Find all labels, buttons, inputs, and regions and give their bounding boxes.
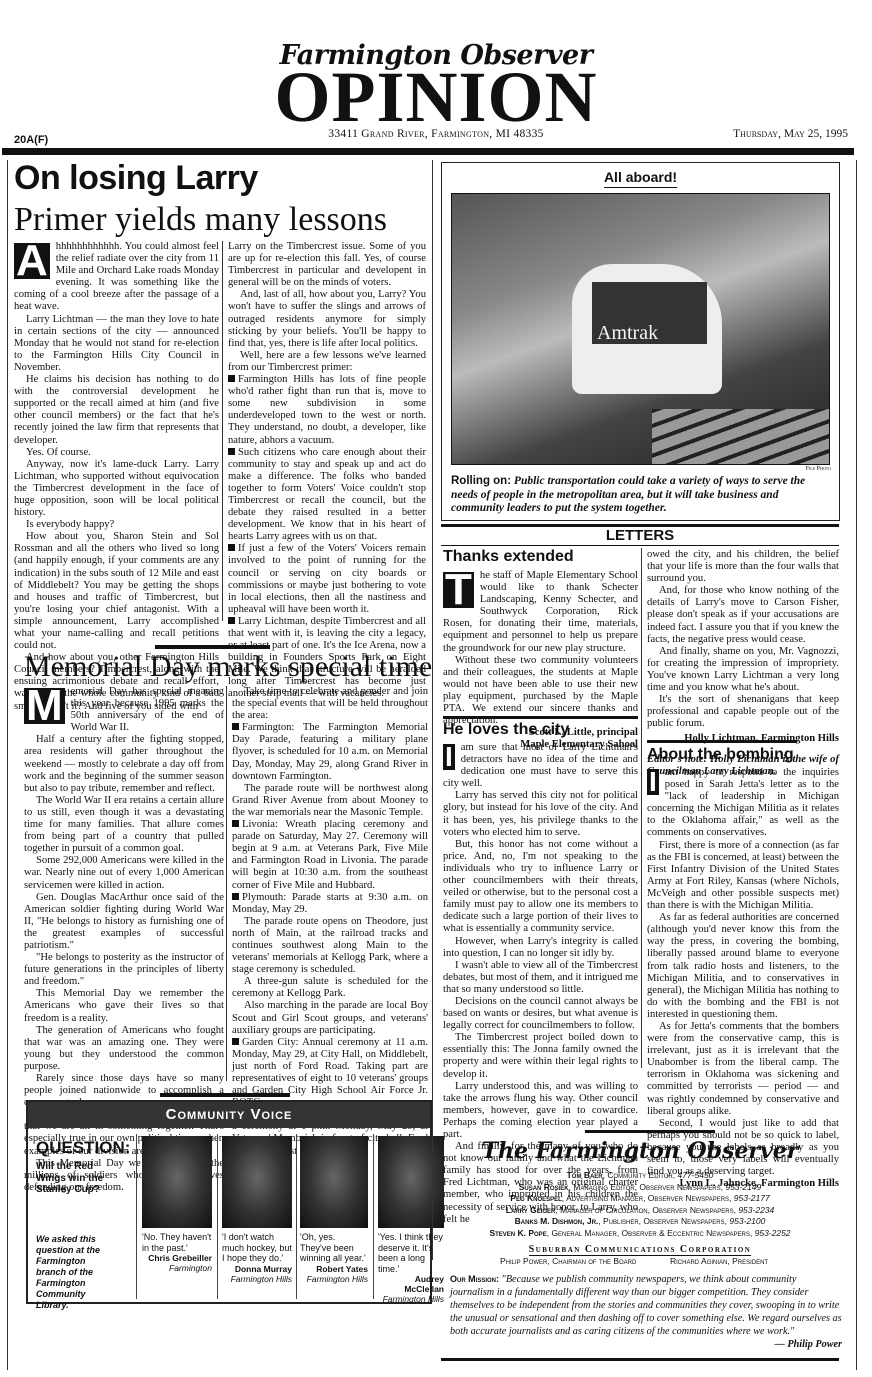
response-card: 'Oh, yes. They've been winning all year.… xyxy=(300,1136,368,1284)
letter-rule xyxy=(647,740,797,743)
photo-title-wrap: All aboard! xyxy=(442,169,839,187)
paragraph: Yes. Of course. xyxy=(14,447,219,459)
masthead-rule xyxy=(2,148,854,155)
bullet-icon xyxy=(232,893,239,900)
train-logo: Amtrak xyxy=(597,322,658,345)
divider xyxy=(296,1134,297,1299)
person-photo xyxy=(300,1136,368,1228)
mission-label: Our Mission: xyxy=(450,1274,499,1284)
response-quote: 'Yes. I think they deserve it. It's been… xyxy=(378,1232,444,1274)
paragraph: And, last of all, how about you, Larry? … xyxy=(228,289,426,349)
photo-title: All aboard! xyxy=(604,169,677,188)
response-town: Farmington Hills xyxy=(300,1274,368,1284)
paragraph: But, this honor has not come without a p… xyxy=(443,839,638,936)
dropcap: I xyxy=(443,744,455,770)
response-town: Farmington xyxy=(142,1263,212,1273)
paragraph: Take time to celebrate and ponder and jo… xyxy=(232,686,428,722)
paragraph: The World War II era retains a certain a… xyxy=(24,795,224,855)
paragraph: Some 292,000 Americans were killed in th… xyxy=(24,855,224,891)
staff-entry: Susan Rosiek, Managing Editor, Observer … xyxy=(441,1182,839,1194)
response-quote: 'I don't watch much hockey, but I hope t… xyxy=(222,1232,292,1264)
paragraph: As for Jetta's comments that the bombers… xyxy=(647,1021,839,1118)
train-photo: Amtrak xyxy=(451,193,830,465)
divider xyxy=(373,1134,374,1299)
paragraph: The parade route opens on Theodore, just… xyxy=(232,916,428,976)
editorial-column-1: A hhhhhhhhhhhh. You could almost feel th… xyxy=(14,241,219,713)
paragraph: I wasn't able to view all of the Timberc… xyxy=(443,960,638,996)
question-text: Will the Red Wings win the Stanley Cup? xyxy=(36,1161,116,1196)
left-margin-rule xyxy=(7,160,8,1370)
letter-rule xyxy=(443,716,638,719)
person-photo xyxy=(222,1136,292,1228)
photo-feature-box: All aboard! Amtrak File Photo Rolling on… xyxy=(441,162,840,521)
letter-headline: Thanks extended xyxy=(443,548,633,566)
staff-list: Tom Baer, Community Editor, 477-5450 Sus… xyxy=(441,1170,839,1239)
paragraph: This Memorial Day we remember the Americ… xyxy=(24,988,224,1024)
section-rule xyxy=(160,1093,290,1097)
memorial-headline: Memorial Day marks special time xyxy=(24,650,434,684)
paragraph: The Timbercrest project boiled down to e… xyxy=(443,1032,638,1080)
train-tracks xyxy=(652,409,830,465)
column-rule xyxy=(432,160,433,1260)
paragraph: "He belongs to posterity as the instruct… xyxy=(24,952,224,988)
corporation-name: Suburban Communications Corporation xyxy=(441,1244,839,1255)
paragraph: Larry on the Timbercrest issue. Some of … xyxy=(228,241,426,289)
paragraph: He claims his decision has nothing to do… xyxy=(14,374,219,447)
bullet-icon xyxy=(228,617,235,624)
community-voice-header: Community Voice xyxy=(28,1102,430,1128)
president: Richard Aginian, President xyxy=(670,1256,810,1268)
divider xyxy=(217,1134,218,1299)
paragraph: Also marching in the parade are local Bo… xyxy=(232,1000,428,1036)
column-rule xyxy=(222,241,223,621)
paragraph: However, when Larry's integrity is calle… xyxy=(443,936,638,960)
event-item: Garden City: Annual ceremony at 11 a.m. … xyxy=(232,1037,428,1110)
paragraph: am sure that most of Larry Lichtman's de… xyxy=(443,742,638,790)
mission-text: "Because we publish community newspapers… xyxy=(450,1274,842,1337)
response-name: Donna Murray xyxy=(222,1264,292,1274)
staff-entry: Banks M. Dishmon, Jr., Publisher, Observ… xyxy=(441,1216,839,1228)
paragraph: am happy to respond to the inquiries pos… xyxy=(647,767,839,840)
paragraph: Larry has served this city not for polit… xyxy=(443,790,638,838)
event-item: Farmington: The Farmington Memorial Day … xyxy=(232,722,428,782)
question-panel: QUESTION: Will the Red Wings win the Sta… xyxy=(36,1138,116,1311)
response-name: Chris Grebeiller xyxy=(142,1253,212,1263)
paragraph: The generation of Americans who fought t… xyxy=(24,1025,224,1073)
paragraph: And, for those who know nothing of the d… xyxy=(647,585,839,645)
bullet-icon xyxy=(232,723,239,730)
editorial-column-2: Larry on the Timbercrest issue. Some of … xyxy=(228,241,426,701)
response-town: Farmington Hills xyxy=(378,1294,444,1304)
bullet-item: Such citizens who care enough about thei… xyxy=(228,447,426,544)
question-label: QUESTION: xyxy=(36,1138,116,1158)
mission-statement: Our Mission: "Because we publish communi… xyxy=(450,1273,842,1351)
bullet-icon xyxy=(228,448,235,455)
caption-lead: Rolling on: xyxy=(451,475,511,487)
letter-bombing: I am happy to respond to the inquiries p… xyxy=(647,767,839,1190)
bullet-item: If just a few of the Voters' Voicers rem… xyxy=(228,543,426,616)
divider xyxy=(136,1134,137,1299)
editorial-kicker: On losing Larry xyxy=(14,160,424,196)
staff-nameplate: The Farmington Observer xyxy=(441,1138,839,1164)
question-note: We asked this question at the Farmington… xyxy=(36,1234,116,1311)
paragraph: Well, here are a few lessons we've learn… xyxy=(228,350,426,374)
editorial-headline: Primer yields many lessons xyxy=(14,203,424,237)
paragraph: As far as federal authorities are concer… xyxy=(647,912,839,1021)
photo-credit: File Photo xyxy=(806,466,831,472)
section-rule xyxy=(155,645,270,649)
dropcap: A xyxy=(14,243,50,279)
bullet-icon xyxy=(232,1038,239,1045)
photo-caption: Rolling on: Public transportation could … xyxy=(451,475,831,516)
letters-title: LETTERS xyxy=(441,527,839,544)
response-name: Audrey McClellan xyxy=(378,1274,444,1294)
response-card: 'Yes. I think they deserve it. It's been… xyxy=(378,1136,444,1304)
person-photo xyxy=(378,1136,444,1228)
person-photo xyxy=(142,1136,212,1228)
letters-rule xyxy=(441,545,839,546)
paragraph: Decisions on the council cannot always b… xyxy=(443,996,638,1032)
letter-headline: About the bombing xyxy=(647,746,839,764)
response-quote: 'Oh, yes. They've been winning all year.… xyxy=(300,1232,368,1264)
staff-entry: Steven K. Pope, General Manager, Observe… xyxy=(441,1228,839,1240)
letter-headline: He loves the city xyxy=(443,721,638,739)
bullet-icon xyxy=(228,375,235,382)
paragraph: First, there is more of a connection (as… xyxy=(647,840,839,913)
paragraph: A three-gun salute is scheduled for the … xyxy=(232,976,428,1000)
response-name: Robert Yates xyxy=(300,1264,368,1274)
dropcap: M xyxy=(24,688,65,724)
paragraph: Half a century after the fighting stoppe… xyxy=(24,734,224,794)
section-title: OPINION xyxy=(0,66,872,128)
section-rule xyxy=(585,1130,715,1133)
response-card: 'I don't watch much hockey, but I hope t… xyxy=(222,1136,292,1284)
memorial-column-2: Take time to celebrate and ponder and jo… xyxy=(232,686,428,1158)
paragraph: How about you, Sharon Stein and Sol Ross… xyxy=(14,531,219,652)
staff-entry: Tom Baer, Community Editor, 477-5450 xyxy=(441,1170,839,1182)
paragraph: It's the sort of shenanigans that keep p… xyxy=(647,694,839,730)
response-quote: 'No. They haven't in the past.' xyxy=(142,1232,212,1253)
chairman: Philip Power, Chairman of the Board xyxy=(500,1256,640,1268)
dropcap: I xyxy=(647,769,659,795)
right-margin-rule xyxy=(856,160,857,1370)
paragraph: Is everybody happy? xyxy=(14,519,219,531)
mission-attribution: — Philip Power xyxy=(450,1338,842,1351)
event-item: Livonia: Wreath placing ceremony and par… xyxy=(232,819,428,892)
page-number: 20A(F) xyxy=(14,134,48,146)
letter-loves-continued: owed the city, and his children, the bel… xyxy=(647,549,839,778)
paragraph: owed the city, and his children, the bel… xyxy=(647,549,839,585)
bullet-item: Farmington Hills has lots of fine people… xyxy=(228,374,426,447)
paragraph: The parade route will be northwest along… xyxy=(232,783,428,819)
issue-date: Thursday, May 25, 1995 xyxy=(733,128,848,140)
bullet-icon xyxy=(228,544,235,551)
paragraph: Larry Lichtman — the man they love to ha… xyxy=(14,314,219,374)
response-town: Farmington Hills xyxy=(222,1274,292,1284)
bullet-icon xyxy=(232,820,239,827)
bottom-rule xyxy=(441,1358,839,1361)
column-rule xyxy=(641,548,642,1068)
response-card: 'No. They haven't in the past.' Chris Gr… xyxy=(142,1136,212,1273)
dropcap: T xyxy=(443,572,474,608)
community-voice-box: Community Voice QUESTION: Will the Red W… xyxy=(26,1100,432,1304)
staff-entry: Larry Geiger, Manager of Circulation, Ob… xyxy=(441,1205,839,1217)
paragraph: Anyway, now it's lame-duck Larry. Larry … xyxy=(14,459,219,519)
event-item: Plymouth: Parade starts at 9:30 a.m. on … xyxy=(232,892,428,916)
staff-entry: Peg Knoespel, Advertising Manager, Obser… xyxy=(441,1193,839,1205)
paragraph: And finally, shame on you, Mr. Vagnozzi,… xyxy=(647,646,839,694)
paragraph: Gen. Douglas MacArthur once said of the … xyxy=(24,892,224,952)
column-rule xyxy=(226,686,227,1081)
